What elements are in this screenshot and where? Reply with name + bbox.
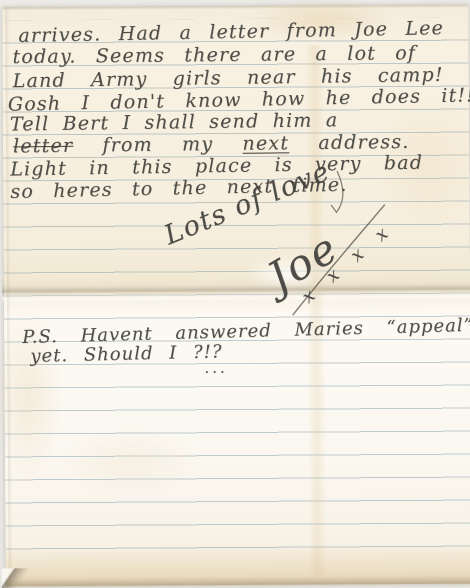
signature-flourish-stroke xyxy=(2,5,470,588)
letter-paper: arrives. Had a letter from Joe Lee today… xyxy=(2,5,470,587)
scanned-letter-page: arrives. Had a letter from Joe Lee today… xyxy=(0,0,470,588)
postscript-dots: ··· xyxy=(204,364,227,381)
